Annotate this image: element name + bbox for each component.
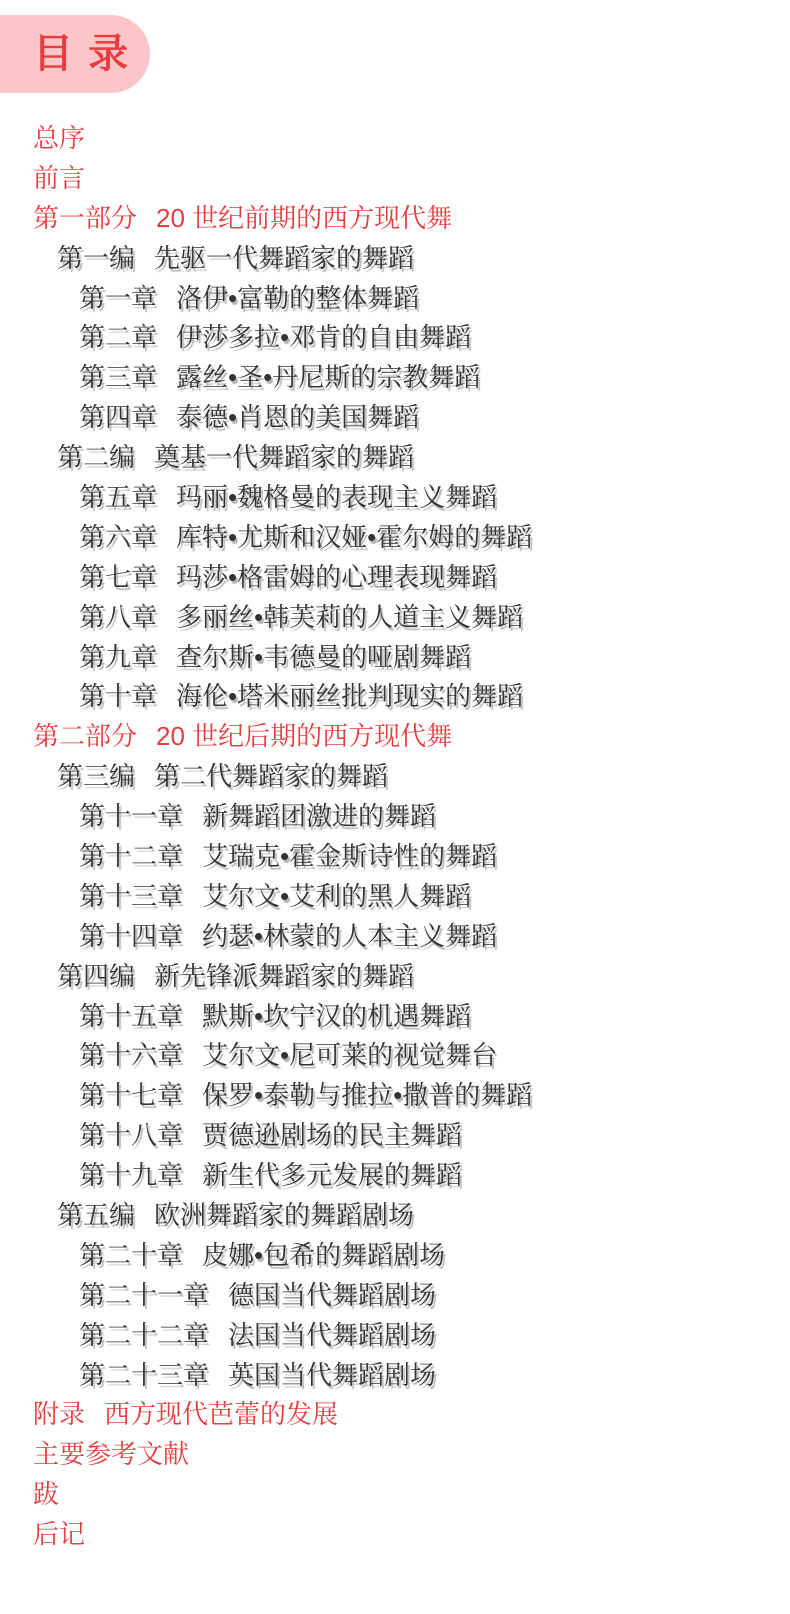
toc-item: 第十三章 艾尔文•艾利的黑人舞蹈 <box>0 876 790 916</box>
toc-item-label: 第九章 <box>79 644 157 670</box>
toc-item-title: 艾瑞克•霍金斯诗性的舞蹈 <box>202 843 497 869</box>
toc-item: 第二章 伊莎多拉•邓肯的自由舞蹈 <box>0 317 790 357</box>
toc-item: 第二部分 20 世纪后期的西方现代舞 <box>0 716 790 756</box>
toc-item-label: 第七章 <box>79 564 157 590</box>
toc-item-label: 第十二章 <box>79 843 183 869</box>
toc-item: 第四章 泰德•肖恩的美国舞蹈 <box>0 397 790 437</box>
toc-item-label: 第二部分 <box>33 723 137 749</box>
toc-item-title: 洛伊•富勒的整体舞蹈 <box>176 285 419 311</box>
toc-item-title: 皮娜•包希的舞蹈剧场 <box>202 1242 445 1268</box>
toc-item: 前言 <box>0 158 790 198</box>
toc-item: 第八章 多丽丝•韩芙莉的人道主义舞蹈 <box>0 597 790 637</box>
toc-item-title: 库特•尤斯和汉娅•霍尔姆的舞蹈 <box>176 524 532 550</box>
toc-item: 第一章 洛伊•富勒的整体舞蹈 <box>0 278 790 318</box>
toc-item-title: 默斯•坎宁汉的机遇舞蹈 <box>202 1003 471 1029</box>
toc-item: 第三编 第二代舞蹈家的舞蹈 <box>0 756 790 796</box>
toc-item-title: 新舞蹈团激进的舞蹈 <box>202 803 436 829</box>
toc-item-label: 第四编 <box>57 963 135 989</box>
toc-item: 第二十章 皮娜•包希的舞蹈剧场 <box>0 1235 790 1275</box>
toc-item-title: 德国当代舞蹈剧场 <box>228 1282 436 1308</box>
toc-item-title: 露丝•圣•丹尼斯的宗教舞蹈 <box>176 364 480 390</box>
toc-item: 第十八章 贾德逊剧场的民主舞蹈 <box>0 1115 790 1155</box>
toc-item-title: 玛莎•格雷姆的心理表现舞蹈 <box>176 564 497 590</box>
toc-item: 第十一章 新舞蹈团激进的舞蹈 <box>0 796 790 836</box>
toc-item-label: 第二章 <box>79 324 157 350</box>
toc-item-label: 第八章 <box>79 604 157 630</box>
toc-item-label: 第十六章 <box>79 1042 183 1068</box>
toc-item: 第二十一章 德国当代舞蹈剧场 <box>0 1275 790 1315</box>
toc-item-title: 约瑟•林蒙的人本主义舞蹈 <box>202 923 497 949</box>
toc-item-label: 第一部分 <box>33 205 137 231</box>
toc-item: 第五章 玛丽•魏格曼的表现主义舞蹈 <box>0 477 790 517</box>
toc-item: 第五编 欧洲舞蹈家的舞蹈剧场 <box>0 1195 790 1235</box>
toc-item: 第十五章 默斯•坎宁汉的机遇舞蹈 <box>0 996 790 1036</box>
toc-item-label: 第十八章 <box>79 1122 183 1148</box>
toc-item-title: 伊莎多拉•邓肯的自由舞蹈 <box>176 324 471 350</box>
toc-item: 主要参考文献 <box>0 1434 790 1474</box>
toc-item: 第六章 库特•尤斯和汉娅•霍尔姆的舞蹈 <box>0 517 790 557</box>
toc-item-title: 玛丽•魏格曼的表现主义舞蹈 <box>176 484 497 510</box>
toc-item-label: 第十七章 <box>79 1082 183 1108</box>
toc-item: 第三章 露丝•圣•丹尼斯的宗教舞蹈 <box>0 357 790 397</box>
page-title: 目 录 <box>0 34 130 74</box>
toc-item: 第四编 新先锋派舞蹈家的舞蹈 <box>0 956 790 996</box>
toc-item-label: 主要参考文献 <box>33 1441 189 1467</box>
toc-item-label: 第一章 <box>79 285 157 311</box>
toc-item-label: 第二编 <box>57 444 135 470</box>
toc-item-title: 法国当代舞蹈剧场 <box>228 1322 436 1348</box>
toc-item: 跋 <box>0 1474 790 1514</box>
toc-item-title: 查尔斯•韦德曼的哑剧舞蹈 <box>176 644 471 670</box>
toc-item-title: 海伦•塔米丽丝批判现实的舞蹈 <box>176 683 523 709</box>
toc-item: 第十四章 约瑟•林蒙的人本主义舞蹈 <box>0 916 790 956</box>
toc-item-label: 第二十一章 <box>79 1282 209 1308</box>
toc-item-title: 先驱一代舞蹈家的舞蹈 <box>154 245 414 271</box>
toc-item-title: 英国当代舞蹈剧场 <box>228 1362 436 1388</box>
toc-item: 附录 西方现代芭蕾的发展 <box>0 1395 790 1435</box>
toc-item-title: 多丽丝•韩芙莉的人道主义舞蹈 <box>176 604 523 630</box>
toc-item-label: 第三章 <box>79 364 157 390</box>
toc-item: 后记 <box>0 1514 790 1554</box>
toc-item-title: 奠基一代舞蹈家的舞蹈 <box>154 444 414 470</box>
toc-item-label: 后记 <box>33 1521 85 1547</box>
toc-item-label: 第十四章 <box>79 923 183 949</box>
toc-page: { "colors": { "accent_red": "#e83c3e", "… <box>0 0 790 1614</box>
toc-item-label: 第六章 <box>79 524 157 550</box>
toc-item: 第九章 查尔斯•韦德曼的哑剧舞蹈 <box>0 637 790 677</box>
toc-item-label: 附录 <box>33 1401 85 1427</box>
toc-item: 第七章 玛莎•格雷姆的心理表现舞蹈 <box>0 557 790 597</box>
toc-list: 总序 前言 第一部分 20 世纪前期的西方现代舞 第一编 先驱一代舞蹈家的舞蹈 … <box>0 118 790 1554</box>
toc-item-label: 第五章 <box>79 484 157 510</box>
toc-item-label: 第二十章 <box>79 1242 183 1268</box>
toc-item-label: 第五编 <box>57 1202 135 1228</box>
toc-header-pill: 目 录 <box>0 15 150 93</box>
toc-item-title: 西方现代芭蕾的发展 <box>104 1401 338 1427</box>
toc-item-title: 保罗•泰勒与推拉•撒普的舞蹈 <box>202 1082 532 1108</box>
toc-item-label: 第四章 <box>79 404 157 430</box>
toc-item: 第十二章 艾瑞克•霍金斯诗性的舞蹈 <box>0 836 790 876</box>
toc-item-label: 第三编 <box>57 763 135 789</box>
toc-item-title: 20 世纪前期的西方现代舞 <box>156 205 452 231</box>
toc-item: 第十章 海伦•塔米丽丝批判现实的舞蹈 <box>0 676 790 716</box>
toc-item-label: 第十章 <box>79 683 157 709</box>
toc-item-label: 第十三章 <box>79 883 183 909</box>
toc-item-title: 新生代多元发展的舞蹈 <box>202 1162 462 1188</box>
toc-item-title: 第二代舞蹈家的舞蹈 <box>154 763 388 789</box>
toc-item: 第一编 先驱一代舞蹈家的舞蹈 <box>0 238 790 278</box>
toc-item-title: 艾尔文•尼可莱的视觉舞台 <box>202 1042 497 1068</box>
toc-item: 第十六章 艾尔文•尼可莱的视觉舞台 <box>0 1035 790 1075</box>
toc-item-label: 第一编 <box>57 245 135 271</box>
toc-item-label: 前言 <box>33 165 85 191</box>
toc-item: 第二编 奠基一代舞蹈家的舞蹈 <box>0 437 790 477</box>
toc-item: 第十七章 保罗•泰勒与推拉•撒普的舞蹈 <box>0 1075 790 1115</box>
toc-item-label: 总序 <box>33 125 85 151</box>
toc-item-label: 第十一章 <box>79 803 183 829</box>
toc-item-title: 泰德•肖恩的美国舞蹈 <box>176 404 419 430</box>
toc-item-title: 艾尔文•艾利的黑人舞蹈 <box>202 883 471 909</box>
toc-item: 第二十三章 英国当代舞蹈剧场 <box>0 1355 790 1395</box>
toc-item-label: 第十五章 <box>79 1003 183 1029</box>
toc-item-title: 欧洲舞蹈家的舞蹈剧场 <box>154 1202 414 1228</box>
toc-item-title: 贾德逊剧场的民主舞蹈 <box>202 1122 462 1148</box>
toc-item-title: 新先锋派舞蹈家的舞蹈 <box>154 963 414 989</box>
toc-item-label: 第十九章 <box>79 1162 183 1188</box>
toc-item: 第一部分 20 世纪前期的西方现代舞 <box>0 198 790 238</box>
toc-item: 总序 <box>0 118 790 158</box>
toc-item-title: 20 世纪后期的西方现代舞 <box>156 723 452 749</box>
toc-item-label: 跋 <box>33 1481 59 1507</box>
toc-item: 第十九章 新生代多元发展的舞蹈 <box>0 1155 790 1195</box>
toc-item: 第二十二章 法国当代舞蹈剧场 <box>0 1315 790 1355</box>
toc-item-label: 第二十二章 <box>79 1322 209 1348</box>
toc-item-label: 第二十三章 <box>79 1362 209 1388</box>
